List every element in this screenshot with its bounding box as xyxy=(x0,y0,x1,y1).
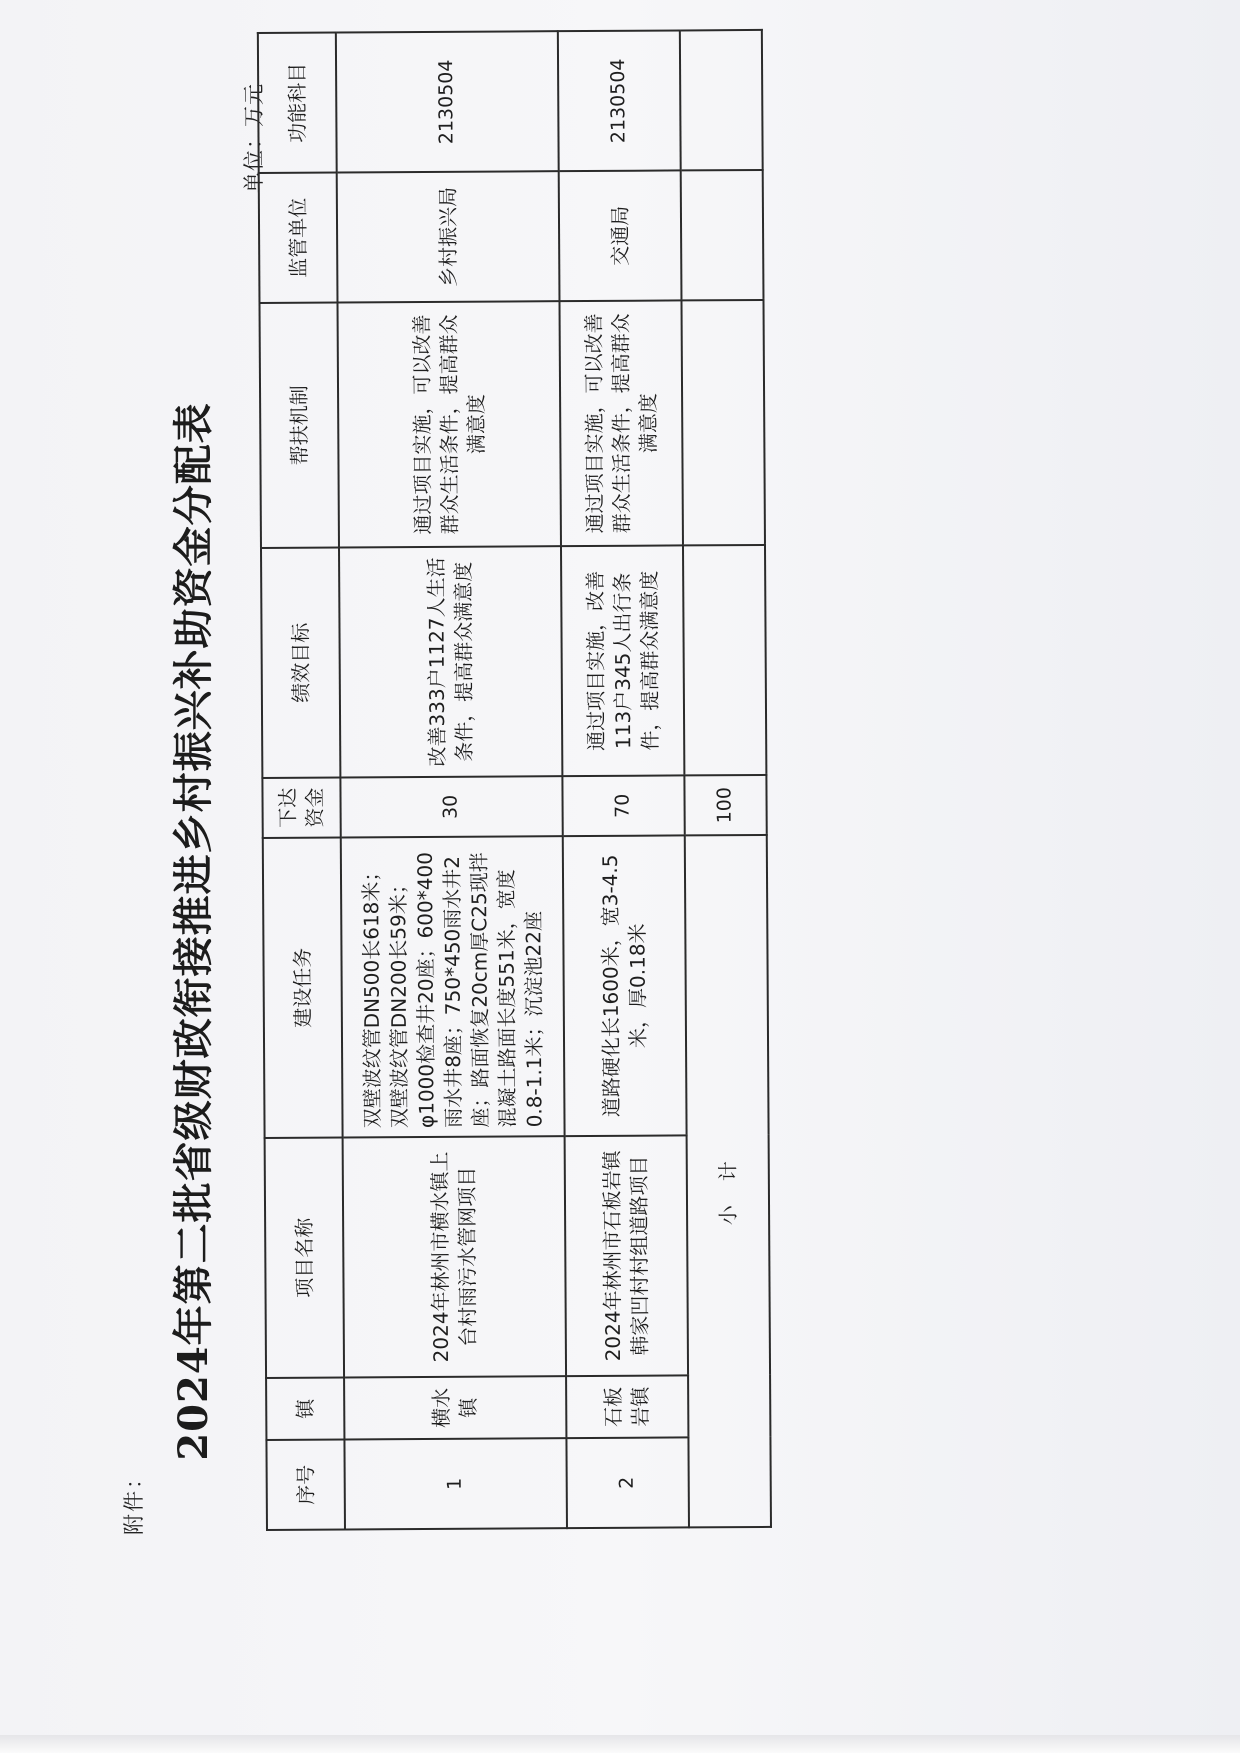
subtotal-empty-cell xyxy=(681,170,764,300)
cell-funds-allocated: 70 xyxy=(562,775,684,836)
cell-performance-goal: 改善333户1127人生活条件，提高群众满意度 xyxy=(339,546,562,777)
document-title: 2024年第二批省级财政衔接推进乡村振兴补助资金分配表 xyxy=(162,0,219,1753)
cell-town: 横水镇 xyxy=(344,1376,566,1439)
cell-construction-task: 道路硬化长1600米，宽3-4.5米，厚0.18米 xyxy=(563,835,687,1136)
header-funds-allocated: 下达资金 xyxy=(262,778,340,838)
subtotal-label: 小计 xyxy=(685,835,771,1527)
subtotal-empty-cell xyxy=(680,30,763,170)
cell-funds-allocated: 30 xyxy=(340,776,562,837)
subtotal-empty-cell xyxy=(681,300,764,545)
header-seq: 序号 xyxy=(266,1440,345,1530)
header-assistance-mechanism: 帮扶机制 xyxy=(259,303,338,548)
subtotal-funds: 100 xyxy=(684,775,766,835)
subtotal-empty-cell xyxy=(683,545,766,775)
cell-assistance-mechanism: 通过项目实施，可以改善群众生活条件，提高群众满意度 xyxy=(559,300,682,546)
cell-seq: 1 xyxy=(344,1438,567,1529)
table-row: 2 石板岩镇 2024年林州市石板岩镇韩家凹村村组道路项目 道路硬化长1600米… xyxy=(558,30,689,1528)
subtotal-row: 小计 100 xyxy=(680,30,771,1527)
cell-construction-task: 双壁波纹管DN500长618米；双壁波纹管DN200长59米；φ1000检查井2… xyxy=(341,836,565,1137)
cell-functional-subject: 2130504 xyxy=(336,31,559,172)
cell-town: 石板岩镇 xyxy=(566,1375,688,1438)
attachment-label: 附件： xyxy=(118,1466,148,1535)
allocation-table: 序号 镇 项目名称 建设任务 下达资金 绩效目标 帮扶机制 监管单位 功能科目 … xyxy=(257,29,772,1531)
header-performance-goal: 绩效目标 xyxy=(261,548,340,778)
cell-performance-goal: 通过项目实施，改善113户345人出行条件，提高群众满意度 xyxy=(561,545,684,776)
document-title-text: 2024年第二批省级财政衔接推进乡村振兴补助资金分配表 xyxy=(162,402,219,1460)
cell-supervising-unit: 交通局 xyxy=(559,170,682,301)
table-row: 1 横水镇 2024年林州市横水镇上台村雨污水管网项目 双壁波纹管DN500长6… xyxy=(336,31,567,1529)
header-functional-subject: 功能科目 xyxy=(258,33,337,173)
cell-assistance-mechanism: 通过项目实施，可以改善群众生活条件，提高群众满意度 xyxy=(337,301,560,547)
header-town: 镇 xyxy=(266,1378,344,1440)
header-construction-task: 建设任务 xyxy=(263,838,343,1138)
rotated-landscape-page: 附件： 2024年第二批省级财政衔接推进乡村振兴补助资金分配表 单位：万元 序号… xyxy=(0,0,1240,1753)
cell-project-name: 2024年林州市石板岩镇韩家凹村村组道路项目 xyxy=(565,1135,688,1376)
cell-supervising-unit: 乡村振兴局 xyxy=(337,171,560,302)
cell-functional-subject: 2130504 xyxy=(558,30,681,171)
header-project-name: 项目名称 xyxy=(265,1138,344,1378)
cell-seq: 2 xyxy=(566,1437,689,1528)
header-supervising-unit: 监管单位 xyxy=(259,173,338,303)
cell-project-name: 2024年林州市横水镇上台村雨污水管网项目 xyxy=(343,1136,566,1377)
table-header-row: 序号 镇 项目名称 建设任务 下达资金 绩效目标 帮扶机制 监管单位 功能科目 xyxy=(258,33,345,1530)
